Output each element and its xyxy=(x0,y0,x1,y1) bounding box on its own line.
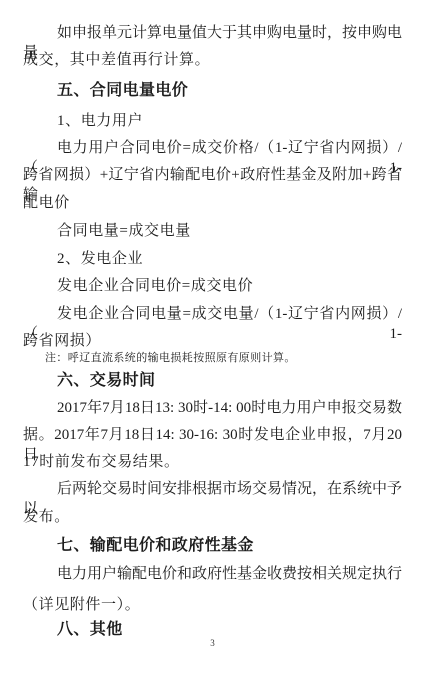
text-line: 17时前发布交易结果。 xyxy=(23,452,402,472)
document-page: 如申报单元计算电量值大于其申购电量时，按申购电量 成交，其中差值再行计算。 五、… xyxy=(0,0,429,675)
text-line: 成交，其中差值再行计算。 xyxy=(23,50,402,70)
heading-other: 八、其他 xyxy=(23,620,402,640)
text-line: 发电企业合同电价=成交电价 xyxy=(23,276,402,296)
text-line: 跨省网损） xyxy=(23,331,402,351)
text-line: 2017年7月18日13: 30时-14: 00时电力用户申报交易数 xyxy=(23,398,402,418)
heading-trading-time: 六、交易时间 xyxy=(23,371,402,391)
text-line: （详见附件一）。 xyxy=(23,595,402,615)
heading-transmission-fees: 七、输配电价和政府性基金 xyxy=(23,536,402,556)
text-line: 1、电力用户 xyxy=(23,111,402,131)
text-line: 电力用户输配电价和政府性基金收费按相关规定执行 xyxy=(23,564,402,584)
heading-contract-price: 五、合同电量电价 xyxy=(23,81,402,101)
page-number: 3 xyxy=(23,638,402,649)
text-line: 配电价 xyxy=(23,193,402,213)
text-line: 合同电量=成交电量 xyxy=(23,221,402,241)
text-line: 2、发电企业 xyxy=(23,249,402,269)
text-line: 发布。 xyxy=(23,507,402,527)
footnote: 注：呼辽直流系统的输电损耗按照原有原则计算。 xyxy=(23,351,402,365)
